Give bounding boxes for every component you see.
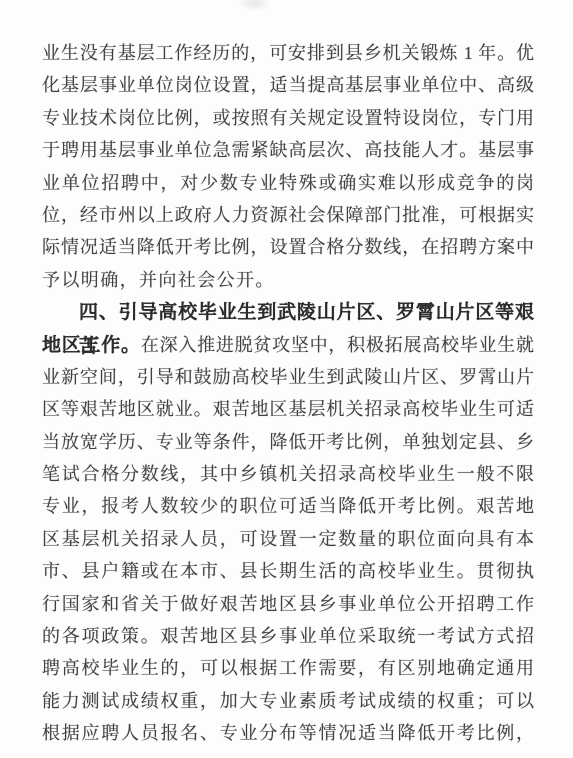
text-line: 化基层事业单位岗位设置，适当提高基层事业单位中、高级 <box>42 69 534 101</box>
body-text: 位，经市州以上政府人力资源社会保障部门批准，可根据实 <box>42 205 534 225</box>
body-text: 专业，报考人数较少的职位可适当降低开考比例。艰苦地 <box>42 496 534 516</box>
body-text: 行国家和省关于做好艰苦地区县乡事业单位公开招聘工作 <box>42 594 534 614</box>
body-text: 业新空间，引导和鼓励高校毕业生到武陵山片区、罗霄山片 <box>42 367 534 387</box>
body-text: 专业技术岗位比例，或按照有关规定设置特设岗位，专门用 <box>42 108 534 128</box>
body-text: 际情况适当降低开考比例，设置合格分数线，在招聘方案中 <box>42 237 534 257</box>
text-line: 业生没有基层工作经历的，可安排到县乡机关锻炼 1 年。优 <box>42 37 534 69</box>
body-text: 当放宽学历、专业等条件，降低开考比例，单独划定县、乡 <box>42 432 534 452</box>
text-line: 聘高校毕业生的，可以根据工作需要，有区别地确定通用 <box>42 652 534 684</box>
text-line: 区基层机关招录人员，可设置一定数量的职位面向具有本 <box>42 523 534 555</box>
text-line: 当放宽学历、专业等条件，降低开考比例，单独划定县、乡 <box>42 426 534 458</box>
text-line: 予以明确，并向社会公开。 <box>42 264 534 296</box>
body-text: 化基层事业单位岗位设置，适当提高基层事业单位中、高级 <box>42 75 534 95</box>
body-text: 业生没有基层工作经历的，可安排到县乡机关锻炼 1 年。优 <box>42 43 534 63</box>
text-line: 位，经市州以上政府人力资源社会保障部门批准，可根据实 <box>42 199 534 231</box>
text-line: 行国家和省关于做好艰苦地区县乡事业单位公开招聘工作 <box>42 588 534 620</box>
body-text: 根据应聘人员报名、专业分布等情况适当降低开考比例， <box>42 723 534 743</box>
body-text: 的各项政策。艰苦地区县乡事业单位采取统一考试方式招 <box>42 626 534 646</box>
text-line: 地区工作。在深入推进脱贫攻坚中，积极拓展高校毕业生就 <box>42 329 534 361</box>
text-line: 能力测试成绩权重，加大专业素质考试成绩的权重；可以 <box>42 685 534 717</box>
body-text: 予以明确，并向社会公开。 <box>42 270 275 290</box>
body-text: 业单位招聘中，对少数专业特殊或确实难以形成竞争的岗 <box>42 173 534 193</box>
body-text: 聘高校毕业生的，可以根据工作需要，有区别地确定通用 <box>42 658 534 678</box>
text-line: 市、县户籍或在本市、县长期生活的高校毕业生。贯彻执 <box>42 555 534 587</box>
body-text: 区基层机关招录人员，可设置一定数量的职位面向具有本 <box>42 529 534 549</box>
text-line: 业单位招聘中，对少数专业特殊或确实难以形成竞争的岗 <box>42 167 534 199</box>
scan-artifact <box>238 0 272 12</box>
text-line: 业新空间，引导和鼓励高校毕业生到武陵山片区、罗霄山片 <box>42 361 534 393</box>
text-line: 专业，报考人数较少的职位可适当降低开考比例。艰苦地 <box>42 490 534 522</box>
text-line: 专业技术岗位比例，或按照有关规定设置特设岗位，专门用 <box>42 102 534 134</box>
text-line: 于聘用基层事业单位急需紧缺高层次、高技能人才。基层事 <box>42 134 534 166</box>
heading-text: 地区工作。 <box>42 335 141 356</box>
body-text: 笔试合格分数线，其中乡镇机关招录高校毕业生一般不限 <box>42 464 534 484</box>
text-line: 根据应聘人员报名、专业分布等情况适当降低开考比例， <box>42 717 534 749</box>
body-text: 区等艰苦地区就业。艰苦地区基层机关招录高校毕业生可适 <box>42 399 534 419</box>
text-line: 笔试合格分数线，其中乡镇机关招录高校毕业生一般不限 <box>42 458 534 490</box>
body-text: 能力测试成绩权重，加大专业素质考试成绩的权重；可以 <box>42 691 534 711</box>
body-text: 于聘用基层事业单位急需紧缺高层次、高技能人才。基层事 <box>42 140 534 160</box>
text-line: 四、引导高校毕业生到武陵山片区、罗霄山片区等艰苦 <box>42 296 534 328</box>
document-page: 业生没有基层工作经历的，可安排到县乡机关锻炼 1 年。优化基层事业单位岗位设置，… <box>0 0 573 758</box>
body-text: 市、县户籍或在本市、县长期生活的高校毕业生。贯彻执 <box>42 561 534 581</box>
text-line: 际情况适当降低开考比例，设置合格分数线，在招聘方案中 <box>42 231 534 263</box>
text-line: 的各项政策。艰苦地区县乡事业单位采取统一考试方式招 <box>42 620 534 652</box>
document-body: 业生没有基层工作经历的，可安排到县乡机关锻炼 1 年。优化基层事业单位岗位设置，… <box>42 37 534 750</box>
body-text: 在深入推进脱贫攻坚中，积极拓展高校毕业生就 <box>141 335 534 355</box>
text-line: 区等艰苦地区就业。艰苦地区基层机关招录高校毕业生可适 <box>42 393 534 425</box>
